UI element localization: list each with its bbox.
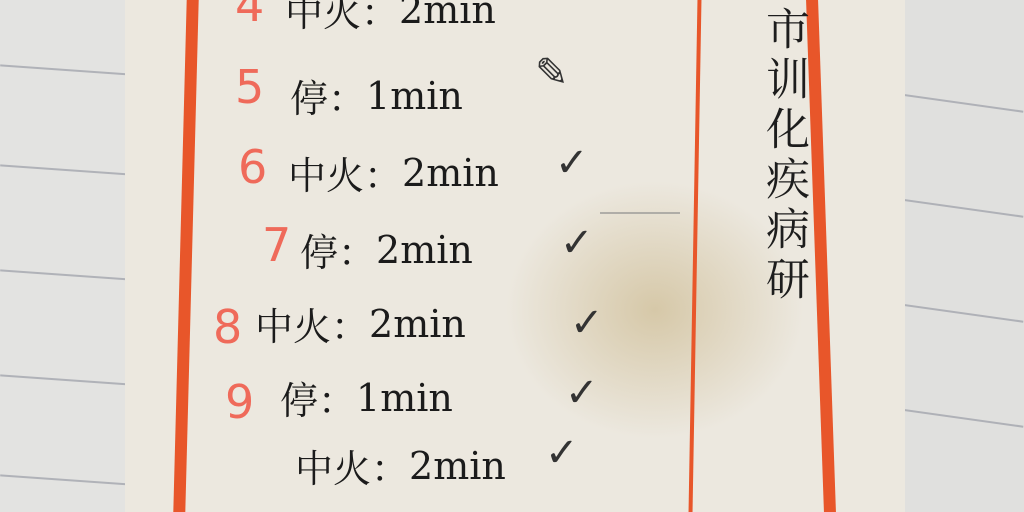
pencil-stroke xyxy=(600,212,680,214)
step-duration: 1min xyxy=(356,376,453,420)
step-row: 中火 ： 2min xyxy=(295,438,506,493)
step-duration: 2min xyxy=(369,302,466,346)
check-mark: ✓ xyxy=(545,430,579,476)
step-duration: 2min xyxy=(399,0,496,32)
step-duration: 2min xyxy=(402,151,499,195)
step-separator: ： xyxy=(338,222,376,277)
scribble-mark: ✓ xyxy=(555,140,589,186)
step-label: 停 xyxy=(300,222,338,277)
step-number: 8 xyxy=(213,300,242,354)
step-separator: ： xyxy=(318,370,356,425)
check-mark: ✓ xyxy=(565,370,599,416)
step-separator: ： xyxy=(328,68,366,123)
step-duration: 1min xyxy=(366,74,463,118)
step-row: 中火 ： 2min xyxy=(255,296,466,351)
step-label: 停 xyxy=(290,68,328,123)
step-label: 停 xyxy=(280,370,318,425)
step-label: 中火 xyxy=(255,296,331,351)
step-number: 4 xyxy=(235,0,264,32)
step-number: 9 xyxy=(225,375,254,429)
step-label: 中火 xyxy=(288,145,364,200)
step-duration: 2min xyxy=(409,444,506,488)
check-mark: ✓ xyxy=(570,300,604,346)
vertical-title: 市训化疾病研 xyxy=(755,6,815,306)
step-row: 中火 ： 2min xyxy=(288,145,499,200)
step-duration: 2min xyxy=(376,228,473,272)
step-separator: ： xyxy=(371,438,409,493)
step-row: 中火 ： 2min xyxy=(285,0,496,37)
step-separator: ： xyxy=(331,296,369,351)
step-number: 6 xyxy=(238,140,267,194)
step-label: 中火 xyxy=(295,438,371,493)
step-label: 中火 xyxy=(285,0,361,37)
scribble-mark: ✓ xyxy=(560,220,594,266)
step-number: 7 xyxy=(262,218,291,272)
step-separator: ： xyxy=(361,0,399,37)
step-number: 5 xyxy=(235,60,264,114)
scribble-mark: ✎ xyxy=(535,50,569,96)
step-row: 停 ： 2min xyxy=(300,222,473,277)
step-separator: ： xyxy=(364,145,402,200)
step-row: 停 ： 1min xyxy=(290,68,463,123)
step-row: 停 ： 1min xyxy=(280,370,453,425)
